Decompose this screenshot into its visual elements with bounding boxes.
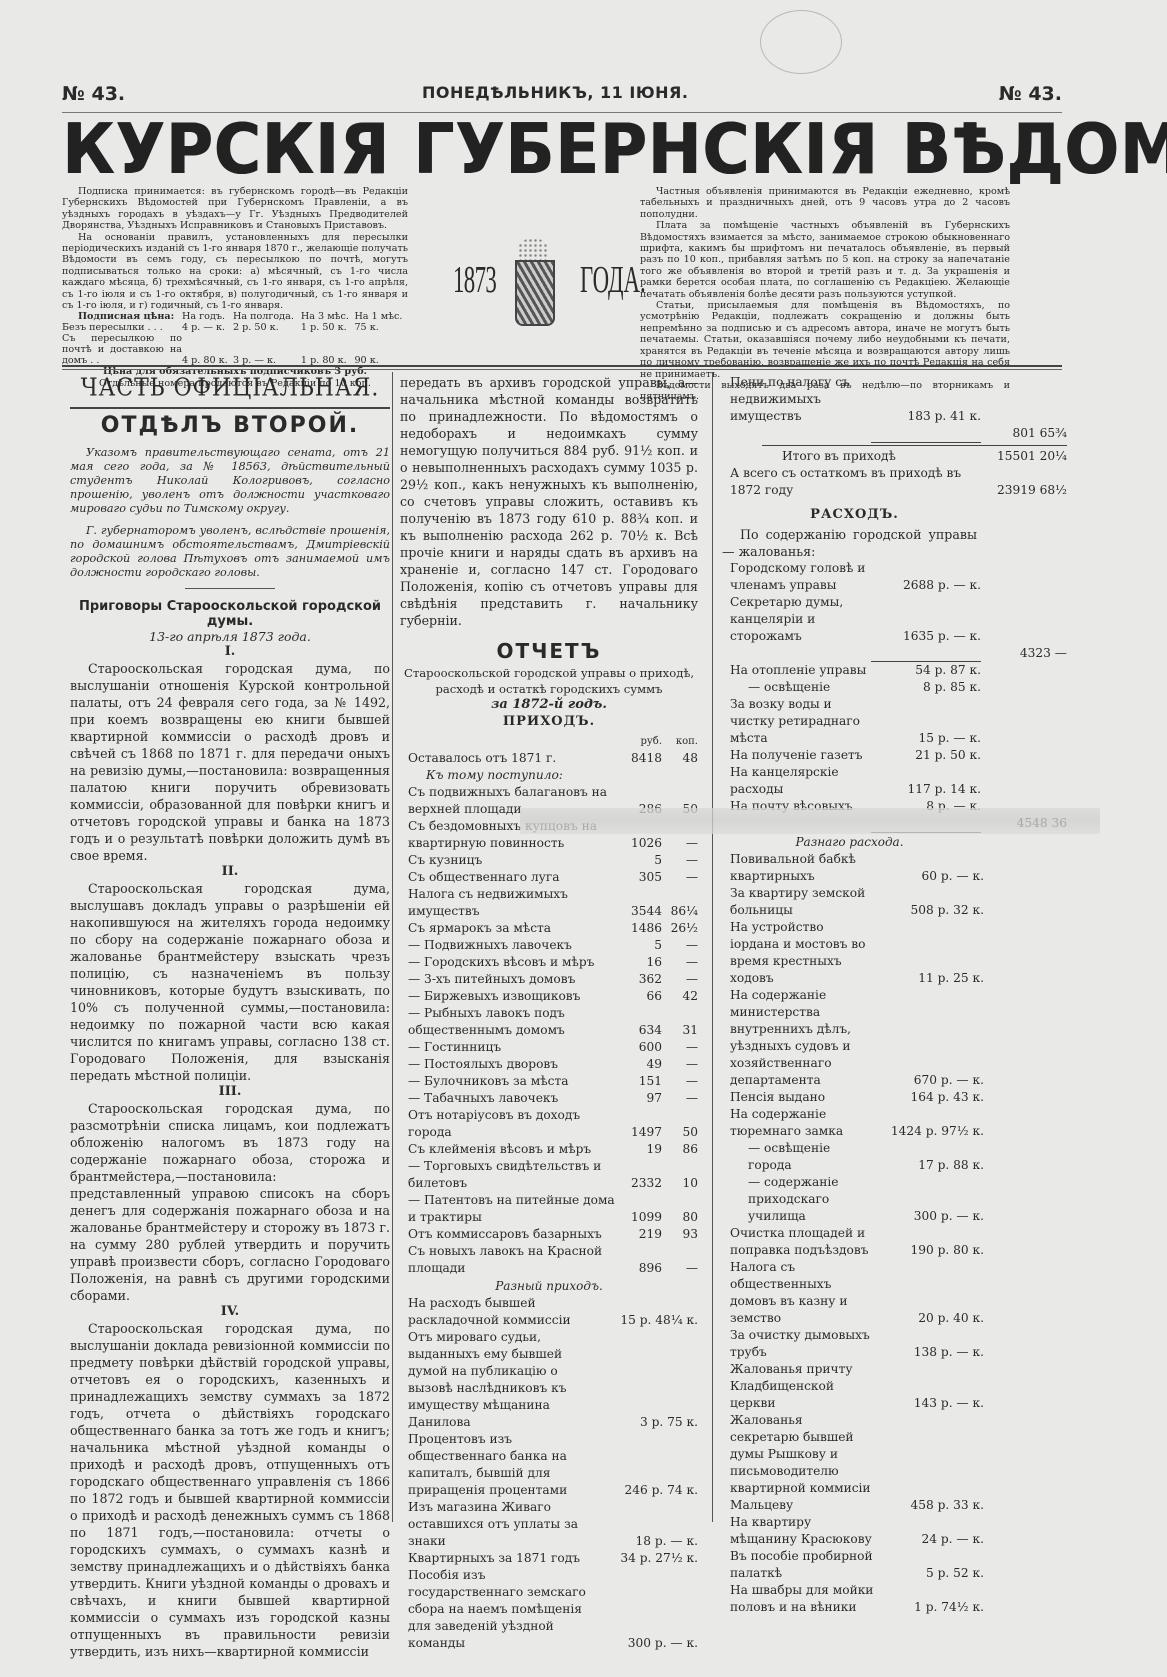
misc-income-continued: Пени по налогу съ недвижимыхъ имуществъ … xyxy=(722,374,1067,443)
row-kop: 86¼ xyxy=(662,886,698,920)
price-cell: 1 р. 80 к. xyxy=(301,333,355,366)
row-kop: 26½ xyxy=(662,920,698,937)
rule xyxy=(762,445,1067,446)
table-row: На расходъ бывшей раскладочной коммиссіи… xyxy=(400,1295,698,1329)
row-amount: 3 р. 75 к. xyxy=(588,1329,698,1431)
row-label: Съ кузницъ xyxy=(400,852,618,869)
continuation-text: передать въ архивъ городской управы, а—н… xyxy=(400,374,698,629)
row-kop: — xyxy=(662,937,698,954)
crown-icon xyxy=(518,238,548,260)
price-header: На годъ. xyxy=(182,311,233,322)
row-amount: 2688 р. — к. xyxy=(871,560,981,594)
row-amount: 670 р. — к. xyxy=(874,987,984,1089)
report-year: за 1872-й годъ. xyxy=(400,697,698,712)
issue-date: ПОНЕДѢЛЬНИКЪ, 11 ІЮНЯ. xyxy=(422,83,688,102)
row-amount: 20 р. 40 к. xyxy=(874,1259,984,1327)
section-number: II. xyxy=(70,864,390,880)
price-cell: 4 р. — к. xyxy=(182,322,233,333)
row-kop: — xyxy=(662,869,698,886)
row-kop: — xyxy=(662,1056,698,1073)
row-label: За очистку дымовыхъ трубъ xyxy=(722,1327,874,1361)
price-cell: 2 р. 50 к. xyxy=(233,322,301,333)
year-number: 1873 xyxy=(453,258,496,302)
section-number: IV. xyxy=(70,1304,390,1320)
row-amount: 54 р. 87 к. xyxy=(871,662,981,679)
price-header: На полгода. xyxy=(233,311,301,322)
table-row: За квартиру земской больницы508 р. 32 к. xyxy=(722,885,984,919)
verdicts-date: 13-го апрѣля 1873 года. xyxy=(70,629,390,644)
price-table: Подписная цѣна: На годъ. На полгода. На … xyxy=(62,311,408,366)
col-rub: руб. xyxy=(618,733,662,750)
row-rub: 600 xyxy=(618,1039,662,1056)
row-rub: 1099 xyxy=(618,1192,662,1226)
issue-number-left: № 43. xyxy=(62,83,125,105)
table-row: Жалованья секретарю бывшей думы Рышкову … xyxy=(722,1412,984,1514)
row-label: Оставалось отъ 1871 г. xyxy=(400,750,618,767)
report-title: ОТЧЕТЪ xyxy=(400,639,698,663)
table-row: Оставалось отъ 1871 г. 8418 48 xyxy=(400,750,698,767)
row-label: — Булочниковъ за мѣста xyxy=(400,1073,618,1090)
expense-title: РАСХОДЪ. xyxy=(722,507,987,522)
totals-table: Итого въ приходѣ 15501 20¼ А всего съ ос… xyxy=(722,448,1067,499)
report-subtitle: Старооскольской городской управы о прихо… xyxy=(400,665,698,697)
total-income-label: Итого въ приходѣ xyxy=(722,448,981,465)
price-header: На 1 мѣс. xyxy=(354,311,408,322)
row-label: На полученіе газетъ xyxy=(722,747,871,764)
row-kop: 10 xyxy=(662,1158,698,1192)
row-amount: 300 р. — к. xyxy=(588,1567,698,1652)
subtotal-row: 4323 — xyxy=(722,645,1067,662)
misc-expense-title: Разнаго расхода. xyxy=(722,835,977,849)
price-header: На 3 мѣс. xyxy=(301,311,355,322)
issue-line: № 43. ПОНЕДѢЛЬНИКЪ, 11 ІЮНЯ. № 43. xyxy=(62,83,1062,107)
price-header: Подписная цѣна: xyxy=(62,311,182,322)
table-row: — Городскихъ вѣсовъ и мѣръ16— xyxy=(400,954,698,971)
misc-income-total: 801 65¾ xyxy=(981,425,1067,442)
table-row: Съ новыхъ лавокъ на Красной площади896— xyxy=(400,1243,698,1277)
row-label: Налога съ недвижимыхъ имуществъ xyxy=(400,886,618,920)
table-row: — Булочниковъ за мѣста151— xyxy=(400,1073,698,1090)
column-1: ЧАСТЬ ОФИЦІАЛЬНАЯ. ОТДѢЛЪ ВТОРОЙ. Указом… xyxy=(70,374,390,1660)
total-row: Итого въ приходѣ 15501 20¼ xyxy=(722,448,1067,465)
row-rub: 1486 xyxy=(618,920,662,937)
row-label: Отъ мироваго судьи, выданныхъ ему бывшей… xyxy=(400,1329,588,1431)
row-label: Городскому головѣ и членамъ управы xyxy=(722,560,871,594)
header-divider xyxy=(62,365,1062,367)
decree-governor: Г. губернаторомъ уволенъ, вслѣдствіе про… xyxy=(70,524,390,580)
masthead-title: КУРСКІЯ ГУБЕРНСКІЯ ВѢДОМОСТИ. xyxy=(62,110,1032,189)
table-row: — Торговыхъ свидѣтельствъ и билетовъ2332… xyxy=(400,1158,698,1192)
row-rub: 896 xyxy=(618,1243,662,1277)
row-label: — Патентовъ на питейные дома и трактиры xyxy=(400,1192,618,1226)
table-row: За очистку дымовыхъ трубъ138 р. — к. xyxy=(722,1327,984,1361)
row-label: — Рыбныхъ лавокъ подъ общественнымъ домо… xyxy=(400,1005,618,1039)
table-row: Отъ коммиссаровъ базарныхъ21993 xyxy=(400,1226,698,1243)
row-kop: 48 xyxy=(662,750,698,767)
table-row: На устройство іордана и мостовъ во время… xyxy=(722,919,984,987)
subscription-info: Подписка принимается: въ губернскомъ гор… xyxy=(62,186,408,389)
column-2: передать въ архивъ городской управы, а—н… xyxy=(400,374,698,1652)
row-amount: 21 р. 50 к. xyxy=(871,747,981,764)
row-rub: 19 xyxy=(618,1141,662,1158)
row-label: — освѣщеніе города xyxy=(722,1140,874,1174)
row-label: Съ клейменія вѣсовъ и мѣръ xyxy=(400,1141,618,1158)
price-cell: 1 р. 50 к. xyxy=(301,322,355,333)
row-kop: 31 xyxy=(662,1005,698,1039)
row-amount: 246 р. 74 к. xyxy=(588,1431,698,1499)
row-label: Пособія изъ государственнаго земскаго сб… xyxy=(400,1567,588,1652)
table-row: На содержаніе министерства внутреннихъ д… xyxy=(722,987,984,1089)
table-row: — Постоялыхъ дворовъ49— xyxy=(400,1056,698,1073)
row-label: Съ новыхъ лавокъ на Красной площади xyxy=(400,1243,618,1277)
table-row: — Табачныхъ лавочекъ97— xyxy=(400,1090,698,1107)
row-label: Въ пособіе пробирной палаткѣ xyxy=(722,1548,874,1582)
row-amount: 1635 р. — к. xyxy=(871,594,981,645)
row-amount: 17 р. 88 к. xyxy=(874,1140,984,1174)
row-amount: 117 р. 14 к. xyxy=(871,764,981,798)
table-row: Процентовъ изъ общественнаго банка на ка… xyxy=(400,1431,698,1499)
table-row: Отъ мироваго судьи, выданныхъ ему бывшей… xyxy=(400,1329,698,1431)
row-label: Отъ коммиссаровъ базарныхъ xyxy=(400,1226,618,1243)
issue-number-right: № 43. xyxy=(999,83,1062,105)
price-cell: 3 р. — к. xyxy=(233,333,301,366)
table-row: Съ общественнаго луга305— xyxy=(400,869,698,886)
table-row: Съ кузницъ5— xyxy=(400,852,698,869)
ads-paragraph: Частныя объявленія принимаются въ Редакц… xyxy=(640,186,1010,220)
row-label: — Подвижныхъ лавочекъ xyxy=(400,937,618,954)
income-title: ПРИХОДЪ. xyxy=(400,714,698,729)
row-kop: 86 xyxy=(662,1141,698,1158)
year-emblem: 1873 ГОДА. xyxy=(445,218,635,338)
row-label: Повивальной бабкѣ квартирныхъ xyxy=(722,851,874,885)
row-kop: — xyxy=(662,1243,698,1277)
row-rub: 2332 xyxy=(618,1158,662,1192)
row-kop: 80 xyxy=(662,1192,698,1226)
row-kop: — xyxy=(662,852,698,869)
table-row: Налога съ недвижимыхъ имуществъ354486¼ xyxy=(400,886,698,920)
grand-total-value: 23919 68½ xyxy=(981,465,1067,499)
row-rub: 3544 xyxy=(618,886,662,920)
table-row: Пенсія выдано164 р. 43 к. xyxy=(722,1089,984,1106)
row-rub: 5 xyxy=(618,852,662,869)
row-label: На расходъ бывшей раскладочной коммиссіи xyxy=(400,1295,588,1329)
table-row: Жалованья причту Кладбищенской церкви143… xyxy=(722,1361,984,1412)
row-rub: 151 xyxy=(618,1073,662,1090)
table-row: На канцелярскіе расходы117 р. 14 к. xyxy=(722,764,1067,798)
row-label: На устройство іордана и мостовъ во время… xyxy=(722,919,874,987)
row-label: На содержаніе тюремнаго замка xyxy=(722,1106,874,1140)
row-label: Налога съ общественныхъ домовъ въ казну … xyxy=(722,1259,874,1327)
misc-expense-table: Повивальной бабкѣ квартирныхъ60 р. — к. … xyxy=(722,851,984,1616)
admin-intro-text: По содержанію городской управы — жалован… xyxy=(722,526,977,560)
table-row: — 3-хъ питейныхъ домовъ362— xyxy=(400,971,698,988)
section-title-official: ЧАСТЬ ОФИЦІАЛЬНАЯ. xyxy=(70,375,390,403)
row-kop: — xyxy=(662,1073,698,1090)
price-cell: 75 к. xyxy=(354,322,408,333)
column-3: Пени по налогу съ недвижимыхъ имуществъ … xyxy=(722,374,1067,1616)
table-row: — освѣщеніе8 р. 85 к. xyxy=(722,679,1067,696)
row-label: — Табачныхъ лавочекъ xyxy=(400,1090,618,1107)
row-kop: 42 xyxy=(662,988,698,1005)
table-row: — освѣщеніе города17 р. 88 к. xyxy=(722,1140,984,1174)
row-rub: 634 xyxy=(618,1005,662,1039)
table-row: Налога съ общественныхъ домовъ въ казну … xyxy=(722,1259,984,1327)
table-row: На швабры для мойки половъ и на вѣники1 … xyxy=(722,1582,984,1616)
row-amount: 15 р. 48¼ к. xyxy=(588,1295,698,1329)
grand-total-row: А всего съ остаткомъ въ приходѣ въ 1872 … xyxy=(722,465,1067,499)
row-rub: 219 xyxy=(618,1226,662,1243)
rule xyxy=(70,407,390,409)
table-row: — Подвижныхъ лавочекъ5— xyxy=(400,937,698,954)
row-amount: 458 р. 33 к. xyxy=(874,1412,984,1514)
price-cell: Съ пересылкою по почтѣ и доставкою на до… xyxy=(62,333,182,366)
row-kop: — xyxy=(662,1090,698,1107)
row-amount: 5 р. 52 к. xyxy=(874,1548,984,1582)
row-amount: 8 р. 85 к. xyxy=(871,679,981,696)
row-amount: 143 р. — к. xyxy=(874,1361,984,1412)
row-label: — Торговыхъ свидѣтельствъ и билетовъ xyxy=(400,1158,618,1192)
row-label: Процентовъ изъ общественнаго банка на ка… xyxy=(400,1431,588,1499)
table-row: Секретарю думы, канцеляріи и сторожамъ16… xyxy=(722,594,1067,645)
subtotal-row: 801 65¾ xyxy=(722,425,1067,442)
row-label: Квартирныхъ за 1871 годъ xyxy=(400,1550,588,1567)
row-label: Очистка площадей и поправка подъѣздовъ xyxy=(722,1225,874,1259)
verdicts-body: I. Старооскольская городская дума, по вы… xyxy=(70,644,390,1660)
price-cell: 90 к. xyxy=(354,333,408,366)
table-row: Въ пособіе пробирной палаткѣ5 р. 52 к. xyxy=(722,1548,984,1582)
row-label: На швабры для мойки половъ и на вѣники xyxy=(722,1582,874,1616)
column-divider xyxy=(712,372,713,1522)
row-label: Съ ярмарокъ за мѣста xyxy=(400,920,618,937)
table-row: На полученіе газетъ21 р. 50 к. xyxy=(722,747,1067,764)
short-rule xyxy=(185,588,275,589)
table-row: На квартиру мѣщанину Красюкову24 р. — к. xyxy=(722,1514,984,1548)
table-row: На содержаніе тюремнаго замка1424 р. 97½… xyxy=(722,1106,984,1140)
row-label: — содержаніе приходскаго училища xyxy=(722,1174,874,1225)
row-amount: 190 р. 80 к. xyxy=(874,1225,984,1259)
table-row: Изъ магазина Живаго оставшихся отъ уплат… xyxy=(400,1499,698,1550)
price-cell: 4 р. 80 к. xyxy=(182,333,233,366)
row-label: Секретарю думы, канцеляріи и сторожамъ xyxy=(722,594,871,645)
row-label: На канцелярскіе расходы xyxy=(722,764,871,798)
row-rub: 8418 xyxy=(618,750,662,767)
row-label: Жалованья секретарю бывшей думы Рышкову … xyxy=(722,1412,874,1514)
row-kop: 93 xyxy=(662,1226,698,1243)
table-row: — Гостинницъ600— xyxy=(400,1039,698,1056)
verdict-text: Старооскольская городская дума, по выслу… xyxy=(70,1320,390,1660)
row-label: За квартиру земской больницы xyxy=(722,885,874,919)
row-label: — освѣщеніе xyxy=(722,679,871,696)
table-row: Съ ярмарокъ за мѣста148626½ xyxy=(400,920,698,937)
misc-income-table: На расходъ бывшей раскладочной коммиссіи… xyxy=(400,1295,698,1652)
row-amount: 15 р. — к. xyxy=(871,696,981,747)
verdict-text: Старооскольская городская дума, выслушав… xyxy=(70,880,390,1084)
verdict-continuation: передать въ архивъ городской управы, а—н… xyxy=(400,374,698,629)
year-word: ГОДА. xyxy=(580,258,646,302)
shield-icon xyxy=(515,260,555,326)
grand-total-label: А всего съ остаткомъ въ приходѣ въ 1872 … xyxy=(722,465,981,499)
row-label: Пени по налогу съ недвижимыхъ имуществъ xyxy=(722,374,871,425)
row-label: Пенсія выдано xyxy=(722,1089,874,1106)
row-rub: 5 xyxy=(618,937,662,954)
paper-fold-shadow xyxy=(520,808,1100,834)
subscription-paragraph: Подписка принимается: въ губернскомъ гор… xyxy=(62,186,408,232)
admin-intro: По содержанію городской управы — жалован… xyxy=(722,526,1067,560)
row-label: За возку воды и чистку ретираднаго мѣста xyxy=(722,696,871,747)
admin-total: 4323 — xyxy=(981,645,1067,662)
price-cell: Безъ пересылки . . . xyxy=(62,322,182,333)
section-number: I. xyxy=(70,644,390,660)
library-stamp xyxy=(760,10,842,74)
row-kop: 50 xyxy=(662,1107,698,1141)
verdict-text: Старооскольская городская дума, по разсм… xyxy=(70,1100,390,1304)
section-number: III. xyxy=(70,1084,390,1100)
row-label: — Биржевыхъ извощиковъ xyxy=(400,988,618,1005)
row-rub: 305 xyxy=(618,869,662,886)
row-rub: 66 xyxy=(618,988,662,1005)
row-amount: 508 р. 32 к. xyxy=(874,885,984,919)
ads-paragraph: Плата за помѣщеніе частныхъ объявленій в… xyxy=(640,220,1010,300)
advertising-info: Частныя объявленія принимаются въ Редакц… xyxy=(640,186,1010,403)
row-amount: 1424 р. 97½ к. xyxy=(874,1106,984,1140)
row-amount: 164 р. 43 к. xyxy=(874,1089,984,1106)
table-row: Квартирныхъ за 1871 годъ34 р. 27½ к. xyxy=(400,1550,698,1567)
row-label: — 3-хъ питейныхъ домовъ xyxy=(400,971,618,988)
col-kop: коп. xyxy=(662,733,698,750)
table-row: Пособія изъ государственнаго земскаго сб… xyxy=(400,1567,698,1652)
verdicts-title: Приговоры Старооскольской городской думы… xyxy=(70,599,390,629)
office-expense-table: На отопленіе управы54 р. 87 к. — освѣщен… xyxy=(722,662,1067,833)
table-row: — Рыбныхъ лавокъ подъ общественнымъ домо… xyxy=(400,1005,698,1039)
row-rub: 362 xyxy=(618,971,662,988)
row-label: Жалованья причту Кладбищенской церкви xyxy=(722,1361,874,1412)
verdict-text: Старооскольская городская дума, по выслу… xyxy=(70,660,390,864)
admin-expense-table: Городскому головѣ и членамъ управы2688 р… xyxy=(722,560,1067,663)
misc-income-title: Разный приходъ. xyxy=(400,1279,698,1293)
row-label: — Гостинницъ xyxy=(400,1039,618,1056)
row-rub: 1497 xyxy=(618,1107,662,1141)
newspaper-page: № 43. ПОНЕДѢЛЬНИКЪ, 11 ІЮНЯ. № 43. КУРСК… xyxy=(0,0,1167,1677)
ads-paragraph: Статьи, присылаемыя для помѣщенія въ Вѣд… xyxy=(640,300,1010,380)
row-amount: 138 р. — к. xyxy=(874,1327,984,1361)
row-amount: 300 р. — к. xyxy=(874,1174,984,1225)
table-row: — Биржевыхъ извощиковъ6642 xyxy=(400,988,698,1005)
table-row: Съ клейменія вѣсовъ и мѣръ1986 xyxy=(400,1141,698,1158)
row-rub: 16 xyxy=(618,954,662,971)
row-amount: 11 р. 25 к. xyxy=(874,919,984,987)
table-row: Очистка площадей и поправка подъѣздовъ19… xyxy=(722,1225,984,1259)
row-amount: 24 р. — к. xyxy=(874,1514,984,1548)
department-title: ОТДѢЛЪ ВТОРОЙ. xyxy=(70,413,390,438)
row-kop: — xyxy=(662,954,698,971)
row-amount: 183 р. 41 к. xyxy=(871,374,981,425)
table-row: — Патентовъ на питейные дома и трактиры1… xyxy=(400,1192,698,1226)
table-row: Повивальной бабкѣ квартирныхъ60 р. — к. xyxy=(722,851,984,885)
table-row: — содержаніе приходскаго училища300 р. —… xyxy=(722,1174,984,1225)
row-amount: 34 р. 27½ к. xyxy=(588,1550,698,1567)
table-row: Отъ нотаріусовъ въ доходъ города149750 xyxy=(400,1107,698,1141)
row-amount: 60 р. — к. xyxy=(874,851,984,885)
row-kop: — xyxy=(662,1039,698,1056)
row-amount: 18 р. — к. xyxy=(588,1499,698,1550)
kursk-crest-icon xyxy=(512,238,554,328)
row-label: Изъ магазина Живаго оставшихся отъ уплат… xyxy=(400,1499,588,1550)
table-row: За возку воды и чистку ретираднаго мѣста… xyxy=(722,696,1067,747)
decrees: Указомъ правительствующаго сената, отъ 2… xyxy=(70,446,390,580)
row-kop: — xyxy=(662,971,698,988)
row-label: — Постоялыхъ дворовъ xyxy=(400,1056,618,1073)
row-label: Отъ нотаріусовъ въ доходъ города xyxy=(400,1107,618,1141)
row-rub: 49 xyxy=(618,1056,662,1073)
row-label: На содержаніе министерства внутреннихъ д… xyxy=(722,987,874,1089)
table-row: Пени по налогу съ недвижимыхъ имуществъ … xyxy=(722,374,1067,425)
row-label: На квартиру мѣщанину Красюкову xyxy=(722,1514,874,1548)
received-label: Къ тому поступило: xyxy=(400,767,698,784)
row-label: На отопленіе управы xyxy=(722,662,871,679)
total-income-value: 15501 20¼ xyxy=(981,448,1067,465)
row-amount: 1 р. 74½ к. xyxy=(874,1582,984,1616)
row-label: Съ общественнаго луга xyxy=(400,869,618,886)
table-row: На отопленіе управы54 р. 87 к. xyxy=(722,662,1067,679)
subscription-rules: На основаніи правилъ, установленныхъ для… xyxy=(62,232,408,312)
row-label: — Городскихъ вѣсовъ и мѣръ xyxy=(400,954,618,971)
row-rub: 97 xyxy=(618,1090,662,1107)
column-divider xyxy=(392,372,393,1522)
table-row: Городскому головѣ и членамъ управы2688 р… xyxy=(722,560,1067,594)
decree-senate: Указомъ правительствующаго сената, отъ 2… xyxy=(70,446,390,516)
